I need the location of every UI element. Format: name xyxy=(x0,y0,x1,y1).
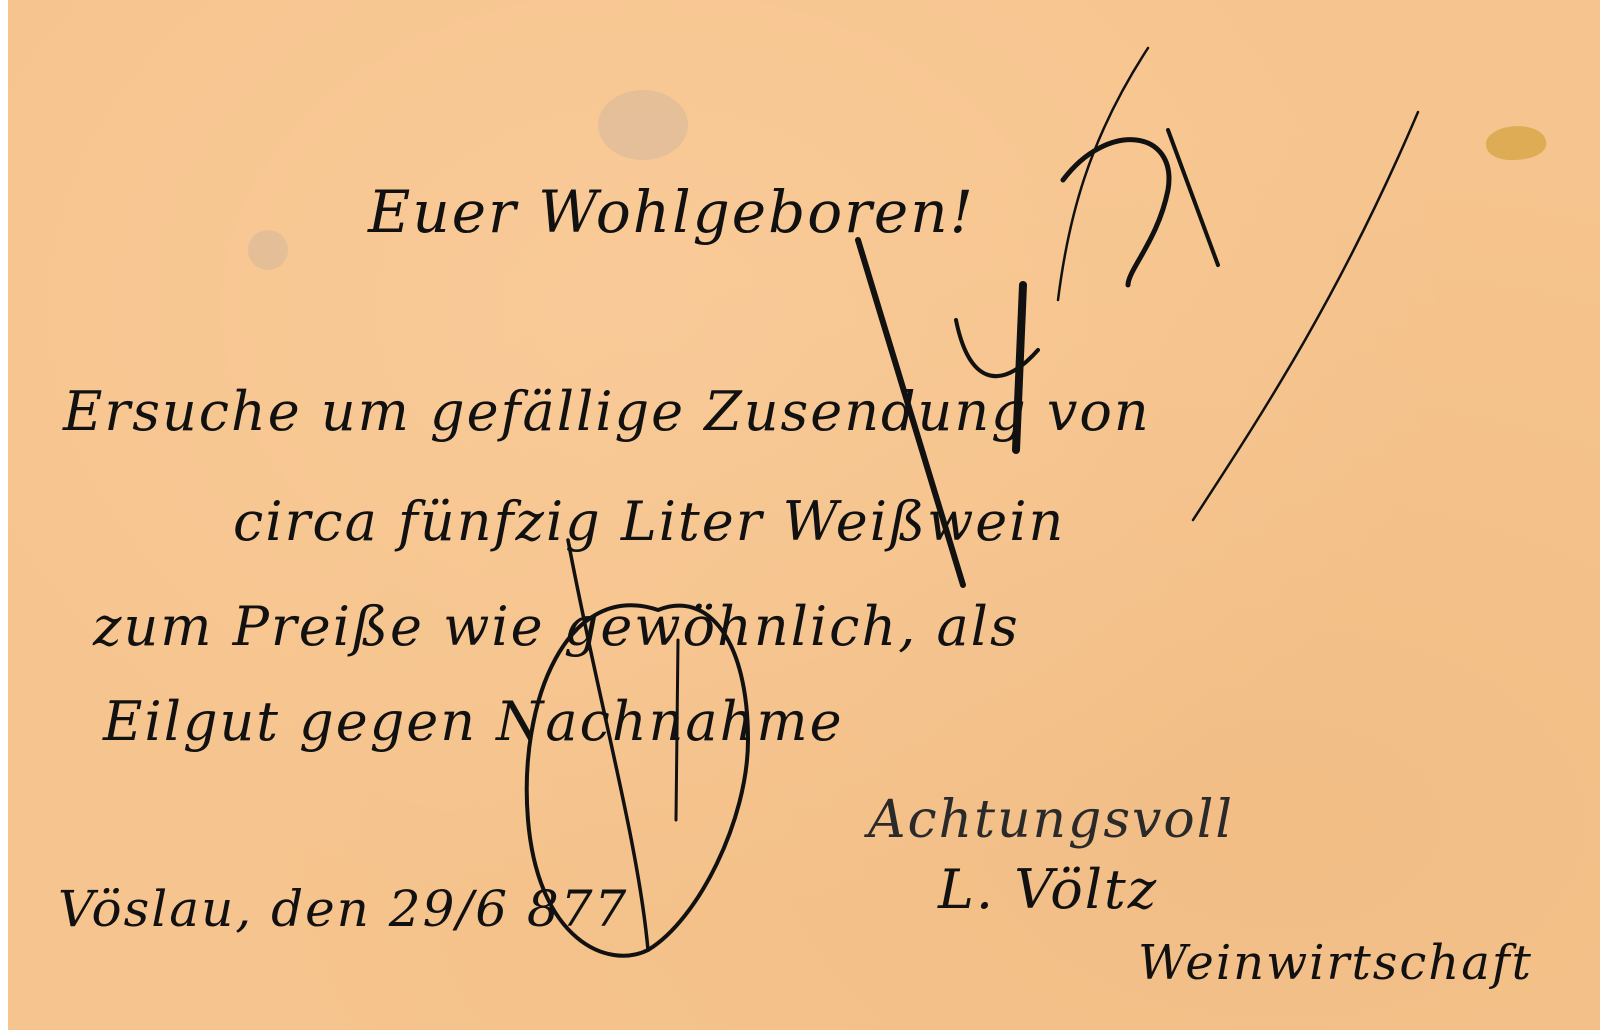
postcard: Euer Wohlgeboren! Ersuche um gefällige Z… xyxy=(8,0,1600,1030)
overwritten-marks xyxy=(8,0,1600,1030)
